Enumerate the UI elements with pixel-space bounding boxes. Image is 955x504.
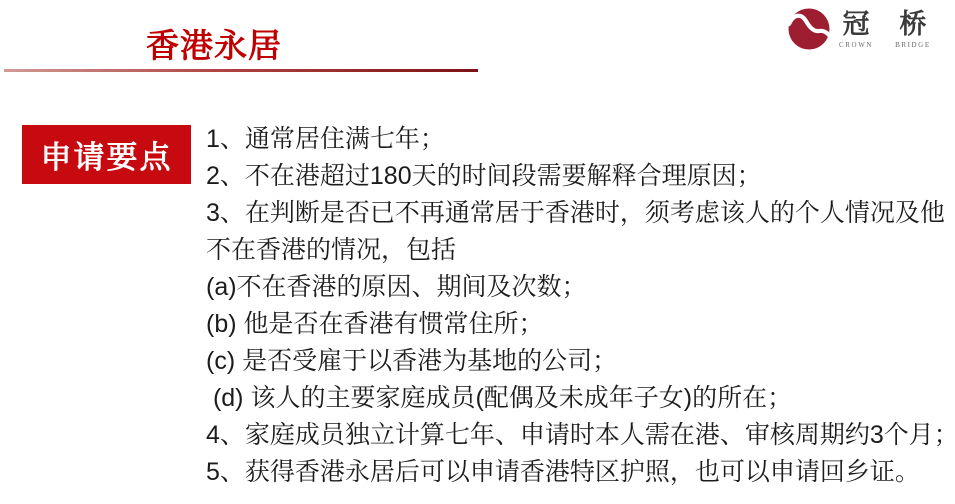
- title-underline: [4, 69, 478, 72]
- logo-en-crown: CROWN: [839, 41, 873, 49]
- page-title: 香港永居: [146, 28, 282, 63]
- point-line: 1、通常居住满七年；: [206, 121, 951, 158]
- slide: 香港永居 冠 CROWN 桥 BRIDGE 申请要点 1、通常居住满七年； 2、…: [0, 0, 955, 504]
- logo-cn-crown: 冠: [843, 10, 870, 39]
- point-line: 3、在判断是否已不再通常居于香港时，须考虑该人的个人情况及他: [206, 195, 951, 232]
- point-line: (a)不在香港的原因、期间及次数；: [206, 269, 951, 306]
- logo-wordmark-crown: 冠 CROWN: [839, 10, 873, 49]
- logo-swirl-icon: [788, 8, 830, 50]
- point-line: 4、家庭成员独立计算七年、申请时本人需在港、审核周期约3个月；: [206, 417, 951, 454]
- point-line: (d) 该人的主要家庭成员(配偶及未成年子女)的所在；: [206, 380, 951, 417]
- logo-wordmark: 冠 CROWN 桥 BRIDGE: [839, 10, 931, 49]
- crown-bridge-logo: 冠 CROWN 桥 BRIDGE: [788, 8, 931, 50]
- point-line: 2、不在港超过180天的时间段需要解释合理原因；: [206, 158, 951, 195]
- point-line: (c) 是否受雇于以香港为基地的公司；: [206, 343, 951, 380]
- point-line: (b) 他是否在香港有惯常住所；: [206, 306, 951, 343]
- section-badge-label: 申请要点: [41, 132, 173, 177]
- section-badge: 申请要点: [22, 125, 191, 184]
- logo-en-bridge: BRIDGE: [895, 41, 931, 49]
- point-line: 5、获得香港永居后可以申请香港特区护照，也可以申请回乡证。: [206, 454, 951, 491]
- points-list: 1、通常居住满七年； 2、不在港超过180天的时间段需要解释合理原因； 3、在判…: [206, 121, 951, 491]
- logo-wordmark-bridge: 桥 BRIDGE: [895, 10, 931, 49]
- logo-cn-bridge: 桥: [899, 10, 926, 39]
- point-line: 不在香港的情况，包括: [206, 232, 951, 269]
